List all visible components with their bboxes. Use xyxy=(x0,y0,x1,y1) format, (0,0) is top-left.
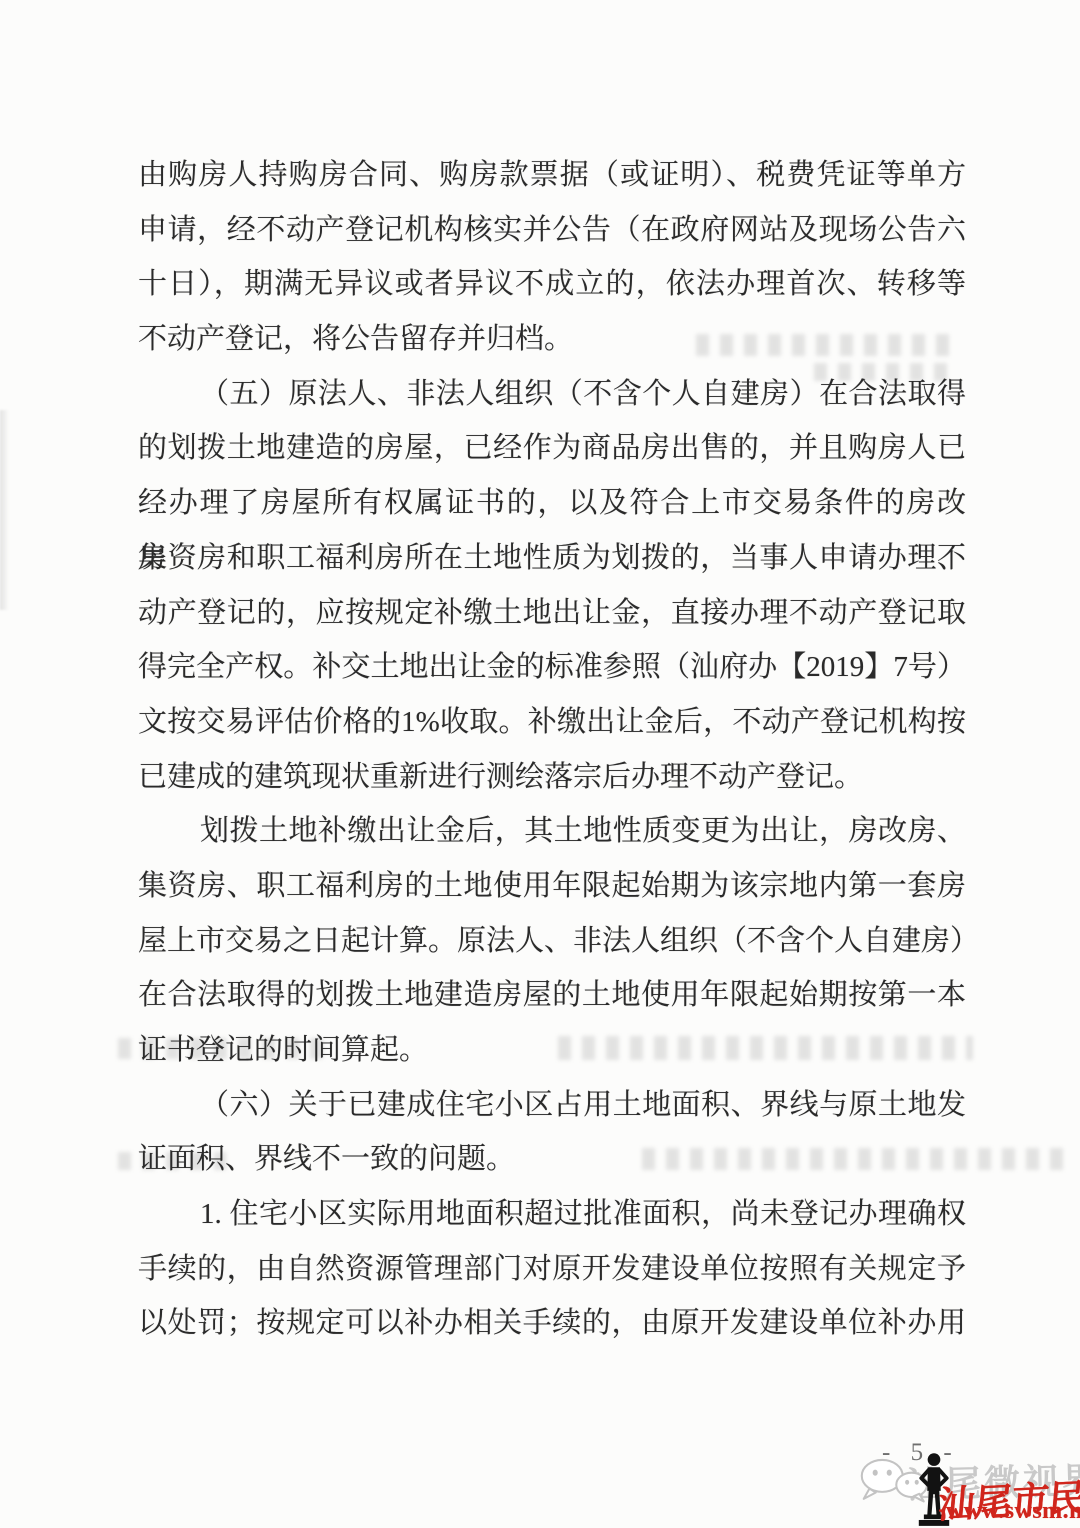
document-line: （五）原法人、非法人组织（不含个人自建房）在合法取得 xyxy=(138,367,966,422)
document-line: 划拨土地补缴出让金后，其土地性质变更为出让，房改房、 xyxy=(138,804,966,859)
document-line: 1. 住宅小区实际用地面积超过批准面积，尚未登记办理确权 xyxy=(138,1187,966,1242)
document-line: 文按交易评估价格的1%收取。补缴出让金后，不动产登记机构按 xyxy=(138,695,966,750)
document-line: 以处罚；按规定可以补办相关手续的，由原开发建设单位补办用 xyxy=(138,1296,966,1351)
document-line: 手续的，由自然资源管理部门对原开发建设单位按照有关规定予 xyxy=(138,1242,966,1297)
document-line: 在合法取得的划拨土地建造房屋的土地使用年限起始期按第一本 xyxy=(138,968,966,1023)
document-line: 证面积、界线不一致的问题。 xyxy=(138,1132,966,1187)
scanned-document-page: 由购房人持购房合同、购房款票据（或证明）、税费凭证等单方 申请，经不动产登记机构… xyxy=(0,0,1080,1528)
document-line: 得完全产权。补交土地出让金的标准参照（汕府办【2019】7号） xyxy=(138,640,966,695)
document-line: 的划拨土地建造的房屋，已经作为商品房出售的，并且购房人已 xyxy=(138,421,966,476)
document-line: 动产登记的，应按规定补缴土地出让金，直接办理不动产登记取 xyxy=(138,586,966,641)
document-line: 不动产登记，将公告留存并归档。 xyxy=(138,312,966,367)
document-line: 经办理了房屋所有权属证书的，以及符合上市交易条件的房改房、 xyxy=(138,476,966,531)
document-line: 十日），期满无异议或者异议不成立的，依法办理首次、转移等 xyxy=(138,257,966,312)
document-line: 证书登记的时间算起。 xyxy=(138,1023,966,1078)
document-line: 已建成的建筑现状重新进行测绘落宗后办理不动产登记。 xyxy=(138,750,966,805)
document-line: （六）关于已建成住宅小区占用土地面积、界线与原土地发 xyxy=(138,1078,966,1133)
scan-edge-artifact xyxy=(0,410,9,610)
document-line: 申请，经不动产登记机构核实并公告（在政府网站及现场公告六 xyxy=(138,203,966,258)
document-line: 由购房人持购房合同、购房款票据（或证明）、税费凭证等单方 xyxy=(138,148,966,203)
watermark-site-url: www.swsm.net xyxy=(946,1498,1080,1525)
document-body: 由购房人持购房合同、购房款票据（或证明）、税费凭证等单方 申请，经不动产登记机构… xyxy=(138,148,966,1351)
document-line: 集资房和职工福利房所在土地性质为划拨的，当事人申请办理不 xyxy=(138,531,966,586)
document-line: 屋上市交易之日起计算。原法人、非法人组织（不含个人自建房） xyxy=(138,914,966,969)
document-line: 集资房、职工福利房的土地使用年限起始期为该宗地内第一套房 xyxy=(138,859,966,914)
